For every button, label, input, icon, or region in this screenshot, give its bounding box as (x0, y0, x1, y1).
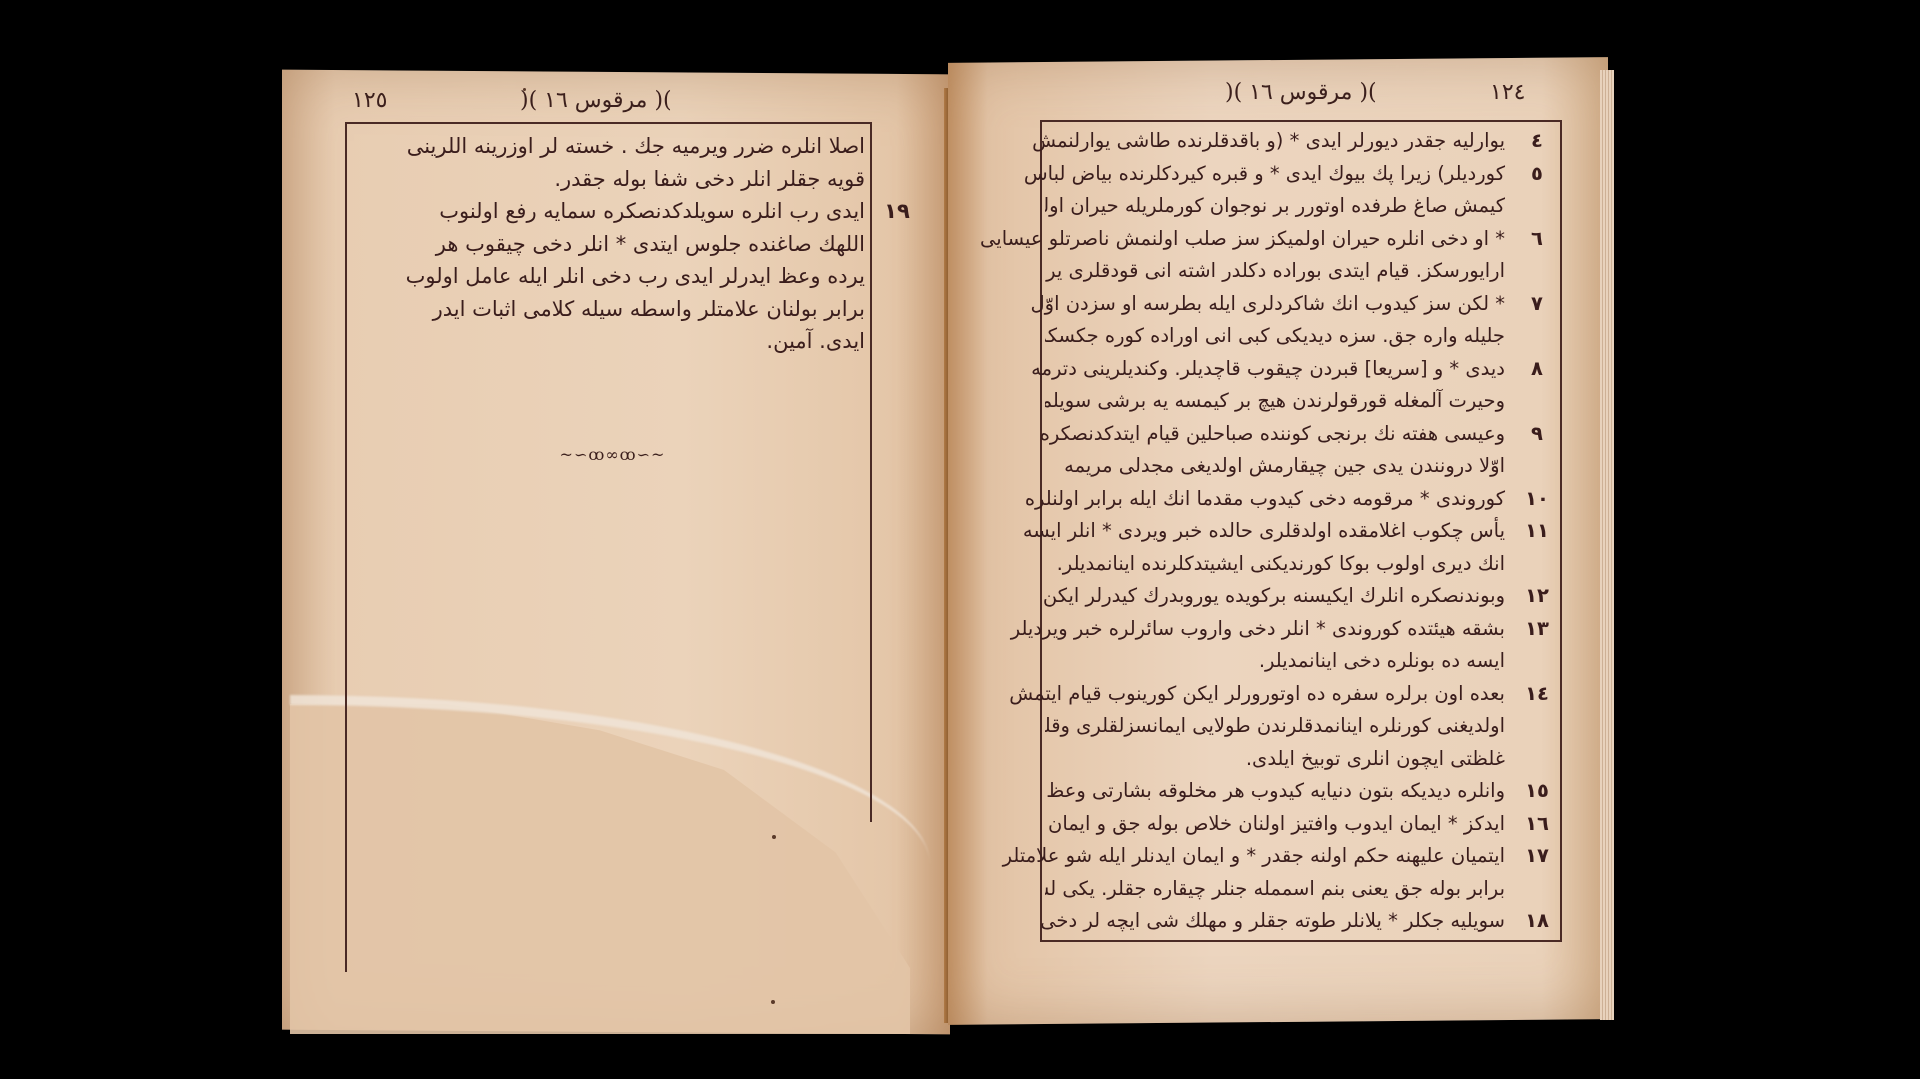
text-line: انك ديرى اولوب بوكا كورنديكنى ايشيتدكلرن… (1045, 548, 1505, 581)
text-line: غلظتى ايچون انلرى توبيخ ايلدى. (1045, 743, 1505, 776)
text-line: ايسه ده بونلره دخى اينانمديلر. (1045, 645, 1505, 678)
text-line: ٧* لكن سز كيدوب انك شاكردلرى ايله بطرسه … (1045, 288, 1505, 321)
text-line: برابر بوله جق يعنى بنم اسممله جنلر چيقار… (1045, 873, 1505, 906)
right-running-head: )( مرقوس ١٦ )( (1225, 80, 1377, 105)
text-line: اولديغنى كورنلره اينانمدقلرندن طولايى اي… (1045, 710, 1505, 743)
left-running-head: )( مرقوس ١٦ )( (520, 88, 672, 113)
verse-number: ٦ (1517, 223, 1557, 256)
text-line: ١٩ايدى رب انلره سويلدكدنصكره سمايه رفع ا… (350, 195, 865, 228)
open-book: ١٢٥ )( مرقوس ١٦ )( اصلا انلره ضرر ويرميه… (0, 0, 1920, 1079)
text-line: كيمش صاغ طرفده اوتورر بر نوجوان كورملريل… (1045, 190, 1505, 223)
left-frame-left (345, 122, 347, 972)
text-line: اللهك صاغنده جلوس ايتدى * انلر دخى چيقوب… (350, 228, 865, 261)
text-line: قويه جقلر انلر دخى شفا بوله جقدر. (350, 163, 865, 196)
text-line: ٥كورديلر) زيرا پك بيوك ايدى * و قبره كير… (1045, 158, 1505, 191)
verse-number: ١٨ (1517, 905, 1557, 938)
verse-number: ٨ (1517, 353, 1557, 386)
verse-number: ١٤ (1517, 678, 1557, 711)
text-line: ارايورسكز. قيام ايتدى بوراده دكلدر اشته … (1045, 255, 1505, 288)
text-line: اصلا انلره ضرر ويرميه جك . خسته لر اوزري… (350, 130, 865, 163)
verse-number: ١٧ (1517, 840, 1557, 873)
left-frame-top (345, 122, 872, 124)
text-line: وحيرت آلمغله قورقولرندن هيچ بر كيمسه يه … (1045, 385, 1505, 418)
verse-number: ١٦ (1517, 808, 1557, 841)
verse-number: ٩ (1517, 418, 1557, 451)
text-line: برابر بولنان علامتلر واسطه سيله كلامى اث… (350, 293, 865, 326)
text-line: ٨ديدى * و [سريعا] قبردن چيقوب قاچديلر. و… (1045, 353, 1505, 386)
text-line: ٤يوارليه جقدر ديورلر ايدى * (و باقدقلرند… (1045, 125, 1505, 158)
right-frame-right (1560, 120, 1562, 940)
right-frame-bottom (1040, 940, 1562, 942)
text-line: ١١يأس چكوب اغلامقده اولدقلرى حالده خبر و… (1045, 515, 1505, 548)
ornament-divider: ~∽ꝏ∞ꝏ∽~ (525, 445, 700, 463)
text-line: ١٨سويليه جكلر * يلانلر طوته جقلر و مهلك … (1045, 905, 1505, 938)
right-text-block: ٤يوارليه جقدر ديورلر ايدى * (و باقدقلرند… (1045, 125, 1505, 938)
verse-number: ٤ (1517, 125, 1557, 158)
verse-number: ١٩ (877, 195, 917, 228)
text-line: ١٤بعده اون برلره سفره ده اوتورورلر ايكن … (1045, 678, 1505, 711)
right-page-number: ١٢٤ (1490, 80, 1525, 105)
text-line: ١٦ايدكز * ايمان ايدوب وافتيز اولنان خلاص… (1045, 808, 1505, 841)
text-line: اوّلا درونندن يدى جين چيقارمش اولديغى مج… (1045, 450, 1505, 483)
verse-number: ١٣ (1517, 613, 1557, 646)
text-line: ١٠كوروندى * مرقومه دخى كيدوب مقدما انك ا… (1045, 483, 1505, 516)
text-line: ٩وعيسى هفته نك برنجى كوننده صباحلين قيام… (1045, 418, 1505, 451)
verse-number: ١٠ (1517, 483, 1557, 516)
page-edges (1600, 70, 1614, 1020)
left-text-block: اصلا انلره ضرر ويرميه جك . خسته لر اوزري… (350, 130, 865, 358)
paper-speck (772, 835, 776, 839)
verse-number: ٧ (1517, 288, 1557, 321)
verse-number: ١١ (1517, 515, 1557, 548)
text-line: ١٢وبوندنصكره انلرك ايكيسنه بركويده يوروب… (1045, 580, 1505, 613)
verse-number: ٥ (1517, 158, 1557, 191)
left-frame-right (870, 122, 872, 822)
text-line: يرده وعظ ايدرلر ايدى رب دخى انلر ايله عا… (350, 260, 865, 293)
right-frame-top (1040, 120, 1562, 122)
paper-speck (523, 88, 526, 91)
text-line: ٦* او دخى انلره حيران اولميكز سز صلب اول… (1045, 223, 1505, 256)
text-line: ١٣بشقه هيئتده كوروندى * انلر دخى واروب س… (1045, 613, 1505, 646)
verse-number: ١٢ (1517, 580, 1557, 613)
text-line: جليله واره جق. سزه ديديكى كبى انى اوراده… (1045, 320, 1505, 353)
verse-number: ١٥ (1517, 775, 1557, 808)
text-line: ١٧ايتميان عليهنه حكم اولنه جقدر * و ايما… (1045, 840, 1505, 873)
paper-speck (771, 1000, 775, 1004)
text-line: ١٥وانلره ديديكه بتون دنيايه كيدوب هر مخل… (1045, 775, 1505, 808)
text-line: ايدى. آمين. (350, 325, 865, 358)
left-page-number: ١٢٥ (352, 88, 387, 113)
